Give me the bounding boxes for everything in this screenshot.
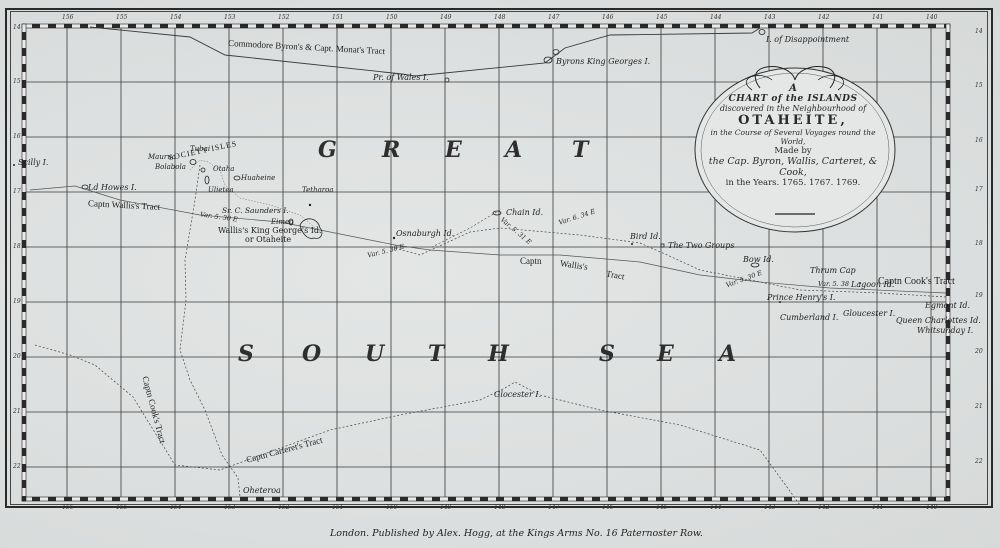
label-island: Gloucester I. <box>843 309 895 318</box>
cartouche-otaheite: OTAHEITE, <box>703 113 883 128</box>
longitude-tick: 141 <box>872 14 883 21</box>
label-island: Bow Id. <box>743 255 774 264</box>
sea-letter: H <box>488 341 509 367</box>
latitude-tick: 17 <box>975 186 983 193</box>
cartouche-made-by: Made by <box>703 146 883 156</box>
longitude-tick: 151 <box>332 504 343 511</box>
longitude-tick: 145 <box>656 14 667 21</box>
longitude-tick: 156 <box>62 14 73 21</box>
label-island: I. of Disappointment <box>766 35 849 44</box>
cartouche-title: CHART of the ISLANDS <box>703 94 883 104</box>
latitude-tick: 16 <box>13 133 21 140</box>
longitude-tick: 156 <box>62 504 73 511</box>
longitude-tick: 155 <box>116 14 127 21</box>
latitude-tick: 20 <box>13 353 21 360</box>
longitude-tick: 141 <box>872 504 883 511</box>
sea-letter: A <box>505 137 522 163</box>
sea-letter: T <box>428 341 444 367</box>
sea-letter: T <box>572 137 588 163</box>
latitude-tick: 21 <box>975 403 983 410</box>
longitude-tick: 152 <box>278 504 289 511</box>
label-variation: Var. 5. 38 <box>818 280 849 288</box>
cartouche-line-a: A <box>703 83 883 94</box>
cartouche: A CHART of the ISLANDS discovered in the… <box>703 77 883 188</box>
publisher-imprint: London. Published by Alex. Hogg, at the … <box>330 528 703 539</box>
label-island: Byrons King Georges I. <box>556 57 650 66</box>
label-island: Lagoon Id. <box>851 280 894 289</box>
sea-letter: S <box>238 341 254 367</box>
latitude-tick: 20 <box>975 348 983 355</box>
longitude-tick: 144 <box>710 14 721 21</box>
sea-letter: E <box>657 341 674 367</box>
longitude-tick: 149 <box>440 14 451 21</box>
label-island: Maurua <box>148 153 176 161</box>
longitude-tick: 155 <box>116 504 127 511</box>
longitude-tick: 143 <box>764 504 775 511</box>
longitude-tick: 153 <box>224 14 235 21</box>
longitude-tick: 142 <box>818 504 829 511</box>
longitude-tick: 148 <box>494 14 505 21</box>
latitude-tick: 22 <box>13 463 21 470</box>
label-island: Tubai <box>190 145 210 153</box>
label-island: Cumberland I. <box>780 313 838 322</box>
longitude-tick: 154 <box>170 14 181 21</box>
tract-wallis-east: Captn <box>520 256 542 266</box>
longitude-tick: 144 <box>710 504 721 511</box>
label-island: Egmont Id. <box>925 301 970 310</box>
label-island: Sr. C. Saunders I. <box>222 206 289 215</box>
longitude-tick: 149 <box>440 504 451 511</box>
label-island: Queen Charlottes Id. <box>896 316 981 325</box>
label-island: Ld Howes I. <box>88 183 137 192</box>
longitude-tick: 150 <box>386 504 397 511</box>
label-island: Oheteroa <box>243 486 281 495</box>
label-island: The Two Groups <box>668 241 734 250</box>
label-island: Osnaburgh Id. <box>396 229 454 238</box>
sea-letter: G <box>318 137 337 163</box>
map-sheet: A CHART of the ISLANDS discovered in the… <box>0 0 1000 548</box>
label-island: Pr. of Wales I. <box>373 73 429 82</box>
label-island: Bolabola <box>155 163 186 171</box>
longitude-tick: 145 <box>656 504 667 511</box>
longitude-tick: 151 <box>332 14 343 21</box>
longitude-tick: 147 <box>548 504 559 511</box>
sea-letter: O <box>302 341 321 367</box>
longitude-tick: 140 <box>926 14 937 21</box>
longitude-tick: 154 <box>170 504 181 511</box>
latitude-tick: 16 <box>975 137 983 144</box>
longitude-tick: 146 <box>602 14 613 21</box>
longitude-tick: 152 <box>278 14 289 21</box>
longitude-tick: 142 <box>818 14 829 21</box>
latitude-tick: 22 <box>975 458 983 465</box>
label-island: Huaheine <box>241 174 275 182</box>
sea-letter: S <box>599 341 615 367</box>
cartouche-captains: the Cap. Byron, Wallis, Carteret, & Cook… <box>703 156 883 178</box>
label-island: Prince Henry's I. <box>767 293 835 302</box>
label-island: Thrum Cap <box>810 266 856 275</box>
label-island: Scilly I. <box>18 158 48 167</box>
latitude-tick: 19 <box>975 292 983 299</box>
cartouche-years: in the Years. 1765. 1767. 1769. <box>703 178 883 188</box>
label-island: Chain Id. <box>506 208 543 217</box>
label-otaheite: or Otaheite <box>245 235 291 244</box>
latitude-tick: 21 <box>13 408 21 415</box>
latitude-tick: 15 <box>13 78 21 85</box>
latitude-tick: 18 <box>975 240 983 247</box>
longitude-tick: 143 <box>764 14 775 21</box>
latitude-tick: 14 <box>13 24 21 31</box>
longitude-tick: 140 <box>926 504 937 511</box>
latitude-tick: 17 <box>13 188 21 195</box>
label-island: Eimeo <box>271 218 293 226</box>
label-island: Bird Id. <box>630 232 661 241</box>
label-island: Tetharoa <box>302 186 334 194</box>
longitude-tick: 153 <box>224 504 235 511</box>
latitude-tick: 18 <box>13 243 21 250</box>
longitude-tick: 148 <box>494 504 505 511</box>
sea-letter: R <box>382 137 400 163</box>
longitude-tick: 146 <box>602 504 613 511</box>
sea-letter: A <box>719 341 736 367</box>
sea-letter: E <box>445 137 462 163</box>
longitude-tick: 147 <box>548 14 559 21</box>
label-island: Glocester I. <box>494 390 541 399</box>
latitude-tick: 14 <box>975 28 983 35</box>
label-island: Ulietea <box>208 186 234 194</box>
latitude-tick: 19 <box>13 298 21 305</box>
cartouche-voyages: in the Course of Several Voyages round t… <box>703 128 883 146</box>
label-island: Whitsunday I. <box>917 326 973 335</box>
label-island: Otaha <box>213 165 234 173</box>
label-otaheite: Wallis's King George's Id. <box>218 226 322 235</box>
cartouche-subtitle: discovered in the Neighbourhood of <box>703 104 883 113</box>
latitude-tick: 15 <box>975 82 983 89</box>
sea-letter: U <box>365 341 384 367</box>
longitude-tick: 150 <box>386 14 397 21</box>
